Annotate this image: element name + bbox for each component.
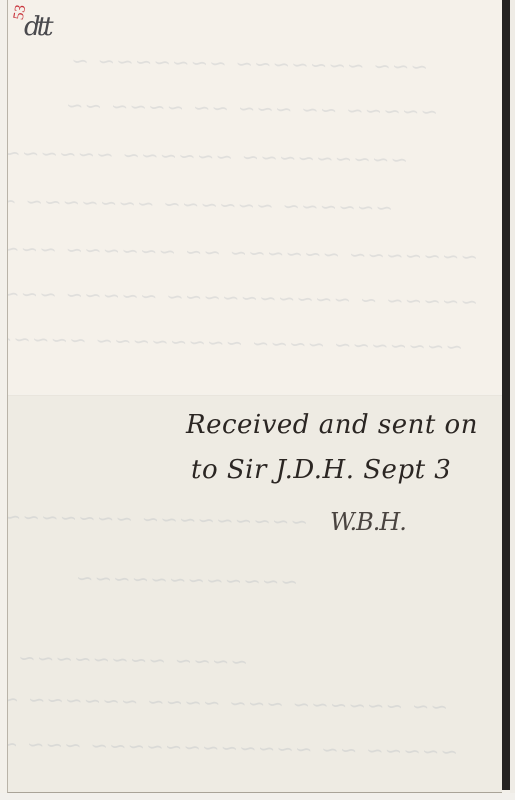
- bleed-through-text: ~~~~~ ~ ~~~~~~~~~~ ~~~~~ ~~~~~~~~: [7, 280, 478, 314]
- bleed-through-text: ~~~~~~~~~ ~~~~~~ ~~~~~~~: [7, 141, 408, 172]
- bleed-through-text: ~~~~~~~ ~~~~~~ ~~ ~~~~~~ ~~~~~~~: [7, 235, 478, 269]
- annotation-line-1: Received and sent on: [186, 410, 478, 440]
- bleed-through-text: ~~~ ~~~~~~~ ~~~~~~~ ~: [70, 49, 428, 79]
- binding-edge: [502, 0, 510, 790]
- fold-line: [8, 394, 502, 396]
- bleed-through-text: ~~~~~ ~~ ~~~ ~~ ~~~~ ~~: [65, 93, 438, 124]
- scan-margin-bottom: [0, 793, 515, 800]
- paper-sheet: ~~~ ~~~~~~~ ~~~~~~~ ~ ~~~~~ ~~ ~~~ ~~ ~~…: [7, 0, 502, 793]
- scan-margin-right: [510, 0, 515, 800]
- bleed-through-text: ~~~~~~~ ~~~~ ~~~~~~~~ ~~~~~~~: [7, 326, 463, 359]
- pencil-mark: dtt: [24, 14, 50, 40]
- annotation-line-2: to Sir J.D.H. Sept 3: [191, 455, 451, 485]
- bleed-through-text: ~~~~~~ ~~~~~~ ~~~~~~~ ~~: [7, 189, 393, 220]
- document-scan: ~~~ ~~~~~~~ ~~~~~~~ ~ ~~~~~ ~~ ~~~ ~~ ~~…: [0, 0, 515, 800]
- annotation-signature: W.B.H.: [330, 508, 406, 536]
